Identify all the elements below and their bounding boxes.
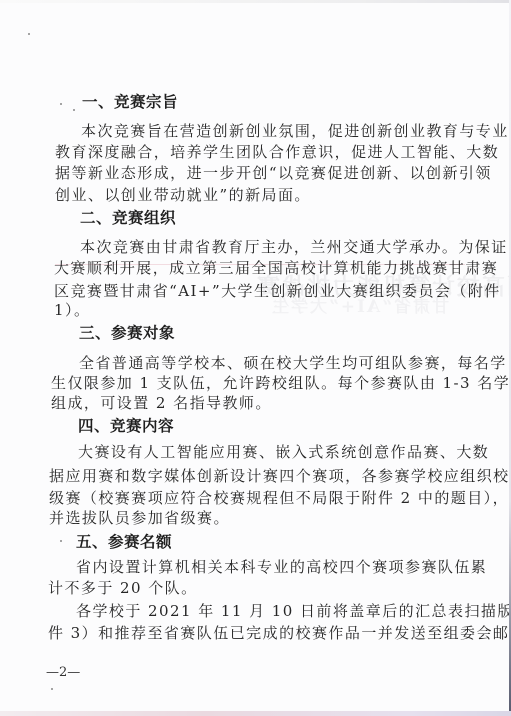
paragraph-line: 创业、以创业带动就业”的新局面。 [55,185,311,205]
scan-speck [60,103,62,105]
paragraph-line: 大赛设有人工智能应用赛、嵌入式系统创意作品赛、大数 [78,442,489,462]
paragraph-line: 教育深度融合，培养学生团队合作意识，促进人工智能、大数 [55,142,499,162]
page-top-edge [0,0,511,3]
scan-speck [28,33,30,35]
paragraph-line: 区竞赛暨甘肃省“AI+”大学生创新创业大赛组织委员会（附件 [54,281,501,301]
section-heading-content: 四、竞赛内容 [78,416,174,436]
paragraph-line: 据等新业态形成，进一步开创“以竞赛促进创新、以创新引领 [55,163,492,183]
scan-speck [60,540,62,542]
paragraph-line: 生仅限参加 1 支队伍，允许跨校组队。每个参赛队由 1-3 名学生 [51,373,511,393]
page-bottom-edge [0,711,511,716]
paragraph-line: 并选拔队员参加省级赛。 [49,508,230,528]
paragraph-line: 各学校于 2021 年 11 月 10 日前将盖章后的汇总表扫描版(附 [76,601,511,621]
document-page: 关于举办第三届全国高校计算机能力挑战赛 甘肃省“AI+”大学生 一、竞赛宗旨 本… [0,0,509,712]
scan-speck [73,109,75,111]
paragraph-line: 据应用赛和数字媒体创新设计赛四个赛项，各参赛学校应组织校 [49,466,510,486]
paragraph-line: 组成，可设置 2 名指导教师。 [51,393,272,413]
section-heading-purpose: 一、竞赛宗旨 [82,92,178,112]
paragraph-line: 本次竞赛旨在营造创新创业氛围，促进创新创业教育与专业 [81,121,509,141]
scan-speck [51,688,53,690]
paragraph-line: 计不多于 20 个队。 [48,578,198,598]
paragraph-line: 级赛（校赛赛项应符合校赛规程但不局限于附件 2 中的题目）， [49,488,509,508]
page-number: —2— [46,664,80,682]
paragraph-line: 全省普通高等学校本、硕在校大学生均可组队参赛，每名学 [79,353,507,373]
section-heading-quota: 五、参赛名额 [76,532,172,552]
section-heading-participants: 三、参赛对象 [79,323,175,343]
section-heading-organization: 二、竞赛组织 [80,208,176,228]
paragraph-line: 省内设置计算机相关本科专业的高校四个赛项参赛队伍累 [76,557,487,577]
paragraph-line: 1）。 [54,300,90,320]
paragraph-line: 件 3）和推荐至省赛队伍已完成的校赛作品一并发送至组委会邮 [48,623,509,643]
paragraph-line: 大赛顺利开展，成立第三届全国高校计算机能力挑战赛甘肃赛 [54,258,498,278]
paragraph-line: 本次竞赛由甘肃省教育厅主办，兰州交通大学承办。为保证 [80,237,508,257]
